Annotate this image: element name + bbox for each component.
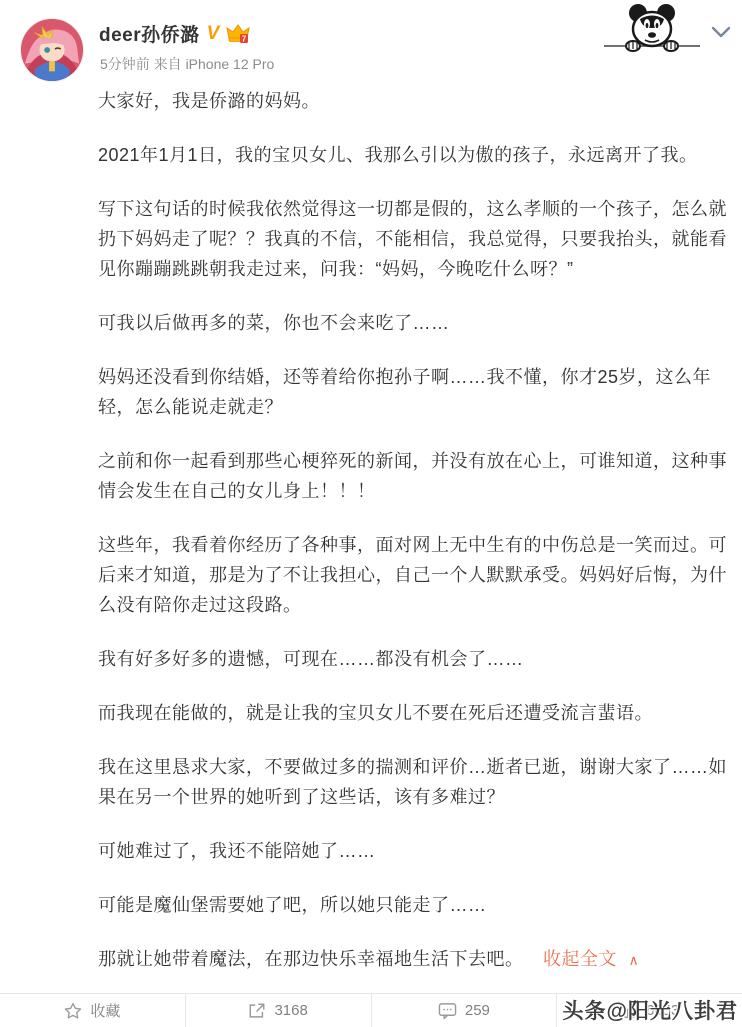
repost-button[interactable]: 3168 [185,994,371,1027]
post-meta: 5分钟前 来自 iPhone 12 Pro [100,54,274,74]
comment-icon [438,1002,457,1020]
paragraph: 可我以后做再多的菜，你也不会来吃了…… [98,308,740,338]
svg-text:7: 7 [242,34,247,43]
post-header: deer孙侨潞 V 7 5分钟前 来自 iPhone 12 Pro [0,0,742,86]
repost-count: 3168 [274,1002,307,1019]
like-count: 6853 [646,1002,679,1019]
vip-crown-icon: 7 [226,24,250,44]
avatar-illustration [21,19,83,81]
repost-icon [248,1002,266,1020]
avatar[interactable] [20,18,84,82]
paragraph: 之前和你一起看到那些心梗猝死的新闻，并没有放在心上，可谁知道，这种事情会发生在自… [98,446,740,506]
username[interactable]: deer孙侨潞 [99,20,200,47]
paragraph: 我在这里恳求大家，不要做过多的揣测和评价…逝者已逝，谢谢大家了……如果在另一个世… [98,752,740,812]
mickey-mouse-sticker [602,2,702,60]
paragraph: 这些年，我看着你经历了各种事，面对网上无中生有的中伤总是一笑而过。可后来才知道，… [98,530,740,620]
paragraph: 可能是魔仙堡需要她了吧，所以她只能走了…… [98,890,740,920]
star-icon [64,1002,82,1020]
comment-button[interactable]: 259 [371,994,557,1027]
paragraph: 我有好多好多的遗憾，可现在……都没有机会了…… [98,644,740,674]
verified-badge-icon: V [207,24,220,43]
favorite-button[interactable]: 收藏 [0,994,185,1027]
like-button[interactable]: 6853 [556,994,742,1027]
post-body: 大家好，我是侨潞的妈妈。 2021年1月1日，我的宝贝女儿、我那么引以为傲的孩子… [98,86,740,999]
comment-count: 259 [465,1002,490,1019]
thumbs-up-icon [620,1002,638,1020]
collapse-full-text-link[interactable]: 收起全文 [543,949,617,969]
paragraph: 2021年1月1日，我的宝贝女儿、我那么引以为傲的孩子，永远离开了我。 [98,140,740,170]
paragraph: 写下这句话的时候我依然觉得这一切都是假的，这么孝顺的一个孩子，怎么就扔下妈妈走了… [98,194,740,284]
paragraph: 妈妈还没看到你结婚，还等着给你抱孙子啊……我不懂，你才25岁，这么年轻，怎么能说… [98,362,740,422]
favorite-label: 收藏 [90,1000,120,1021]
paragraph-last: 那就让她带着魔法，在那边快乐幸福地生活下去吧。 收起全文 ∧ [98,944,740,975]
paragraph: 可她难过了，我还不能陪她了…… [98,836,740,866]
chevron-down-icon[interactable] [710,24,732,40]
paragraph: 大家好，我是侨潞的妈妈。 [98,86,740,116]
paragraph-text: 那就让她带着魔法，在那边快乐幸福地生活下去吧。 [98,949,524,969]
action-toolbar: 收藏 3168 259 6853 [0,993,742,1027]
paragraph: 而我现在能做的，就是让我的宝贝女儿不要在死后还遭受流言蜚语。 [98,698,740,728]
collapse-caret-icon: ∧ [629,952,640,968]
